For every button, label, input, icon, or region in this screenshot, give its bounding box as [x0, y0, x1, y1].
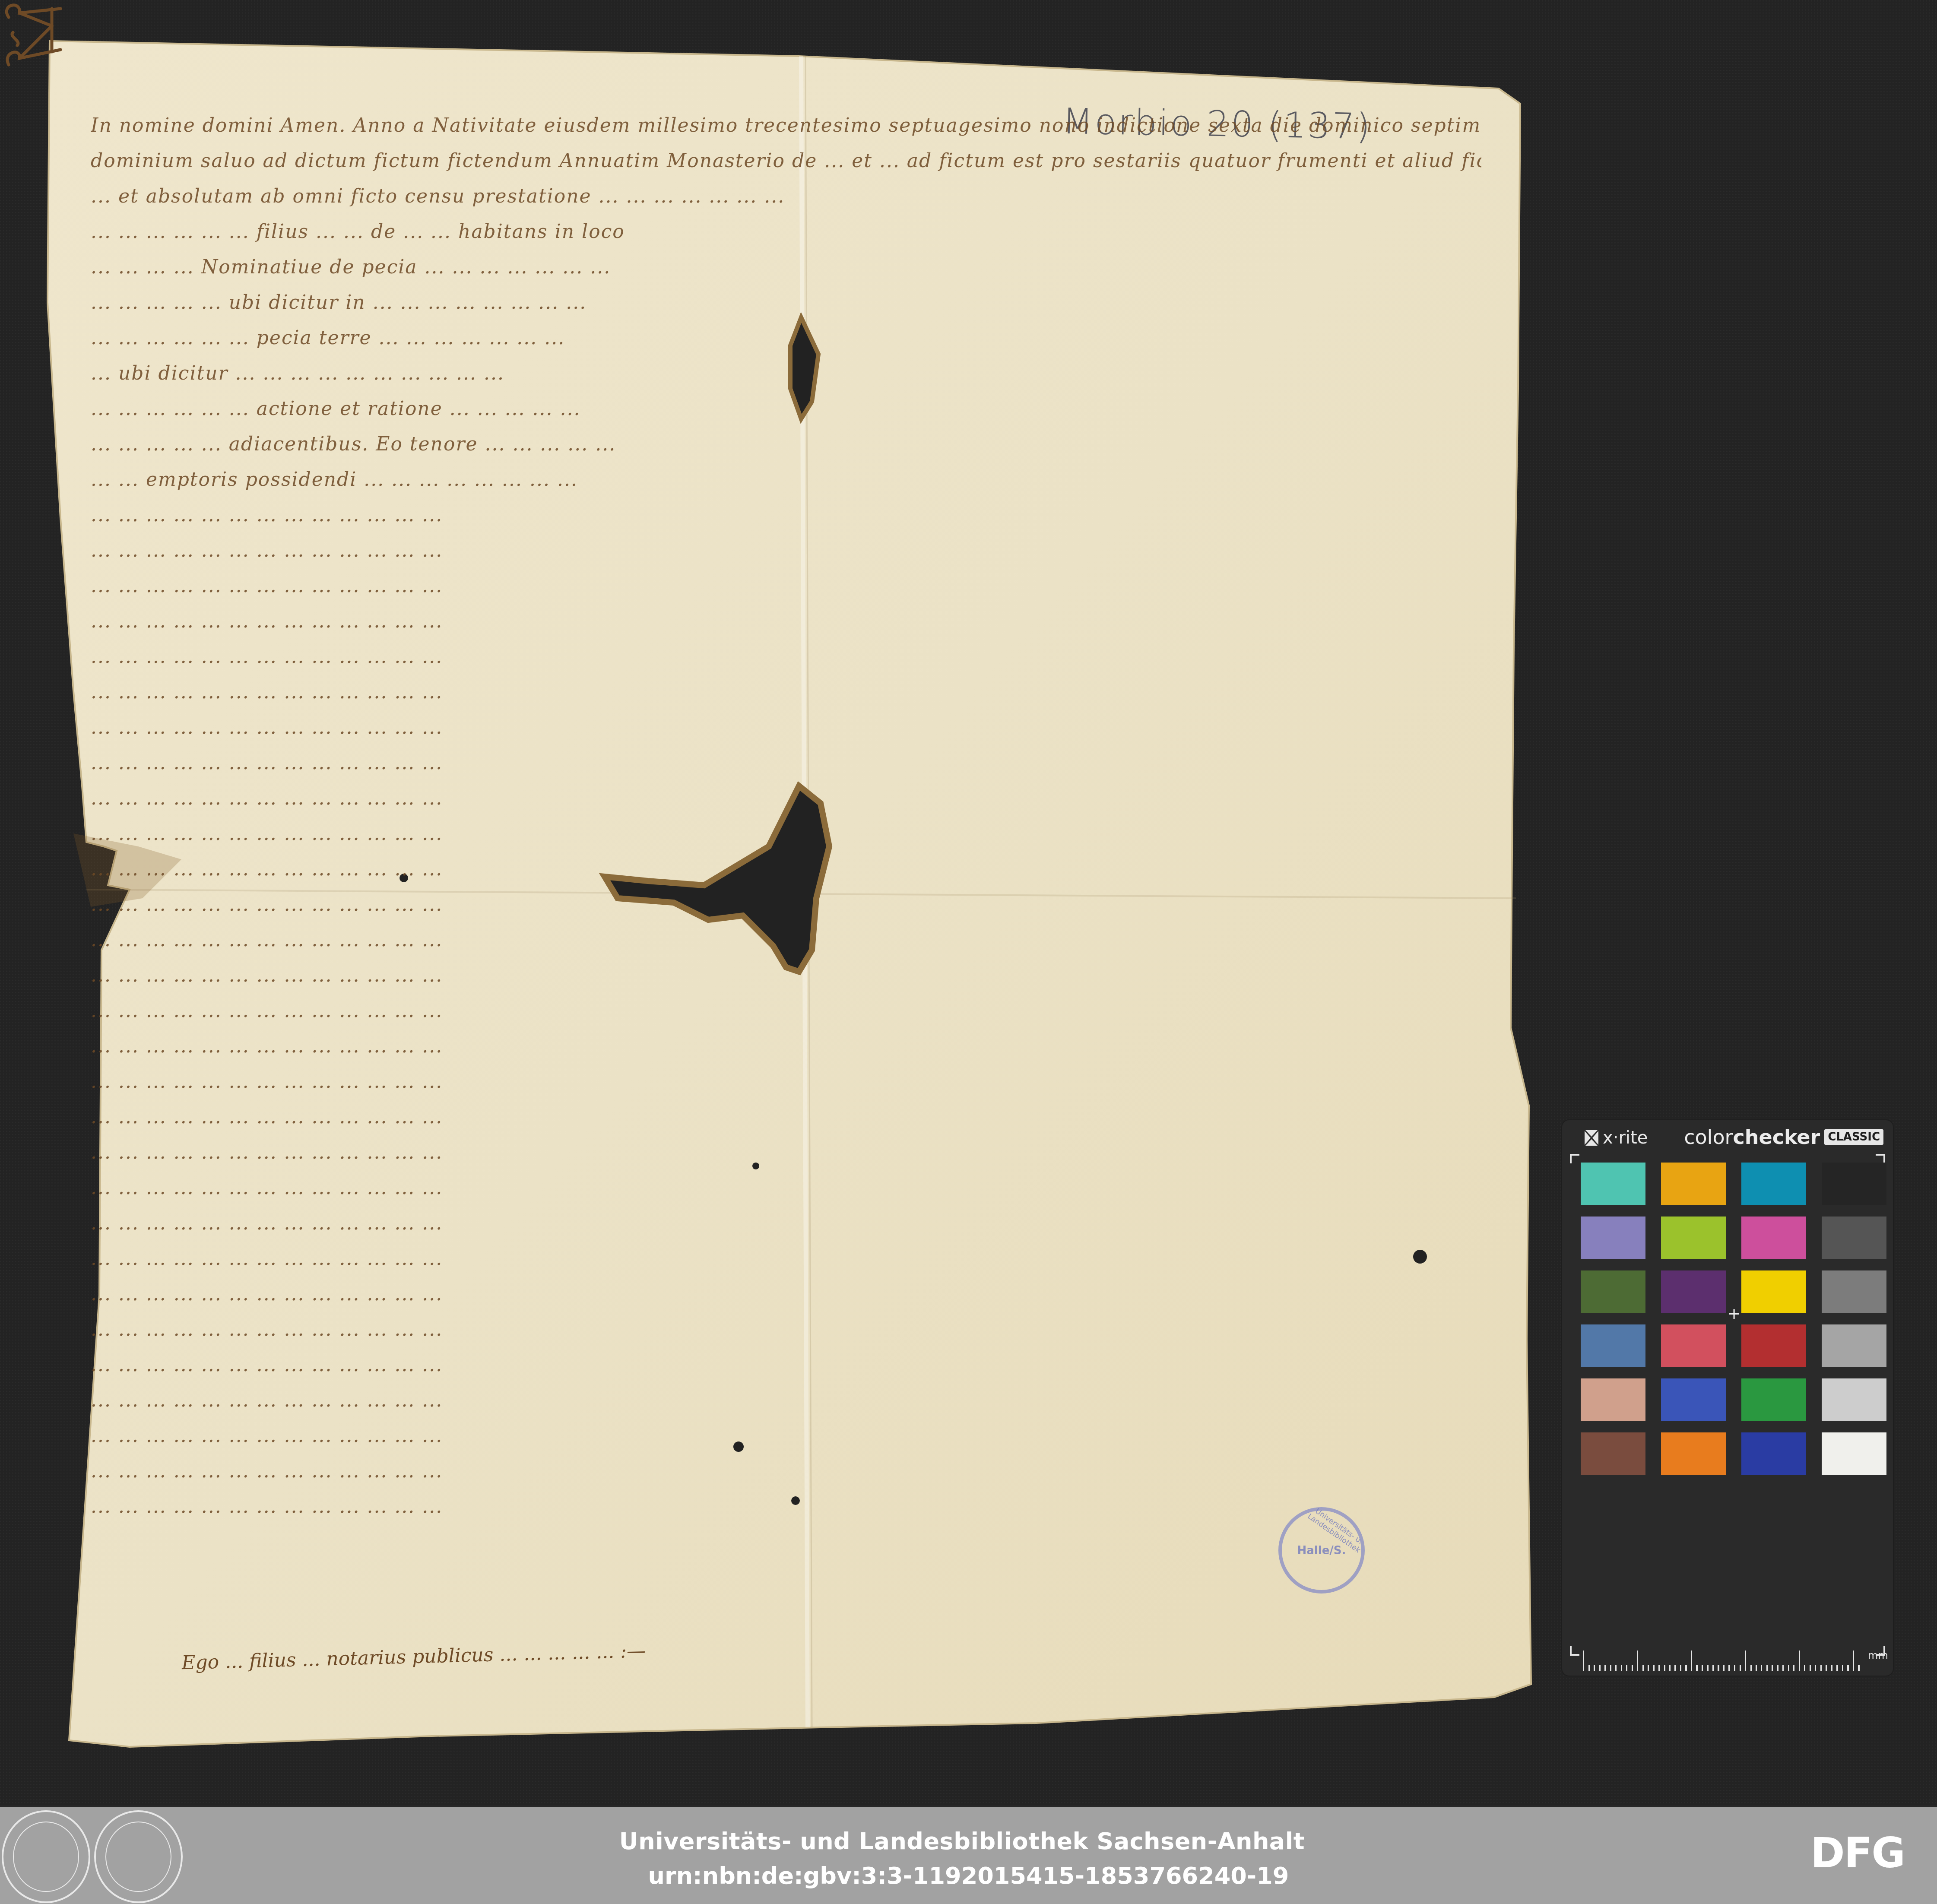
- notary-sign-icon: [0, 0, 73, 73]
- text-line: ... ... ... ... ... ... ... ... ... ... …: [91, 568, 1481, 604]
- color-swatch: [1741, 1378, 1806, 1421]
- text-line: ... ubi dicitur ... ... ... ... ... ... …: [91, 356, 1481, 391]
- library-footer: Universitäts- und Landesbibliothek Sachs…: [0, 1807, 1937, 1904]
- text-line: ... ... ... ... ... ... ... ... ... ... …: [91, 533, 1481, 568]
- color-swatch: [1741, 1163, 1806, 1205]
- xrite-brand: x·rite: [1583, 1128, 1648, 1148]
- text-line: ... ... ... ... ... ... ... ... ... ... …: [91, 1170, 1481, 1206]
- text-line: ... ... ... ... ... ... ... ... ... ... …: [91, 497, 1481, 533]
- color-swatch: [1661, 1432, 1726, 1475]
- color-swatch: [1822, 1378, 1886, 1421]
- text-line: ... ... emptoris possidendi ... ... ... …: [91, 462, 1481, 497]
- institution-name: Universitäts- und Landesbibliothek Sachs…: [0, 1828, 1937, 1855]
- color-swatch: [1581, 1378, 1645, 1421]
- color-swatch: [1822, 1270, 1886, 1313]
- text-line: ... ... ... ... Nominatiue de pecia ... …: [91, 250, 1481, 285]
- text-line: ... ... ... ... ... ... ... ... ... ... …: [91, 1206, 1481, 1241]
- classic-badge: CLASSIC: [1824, 1129, 1883, 1145]
- xrite-logo-icon: [1583, 1129, 1600, 1147]
- text-line: ... ... ... ... ... ... ... ... ... ... …: [91, 1277, 1481, 1312]
- title-bold: checker: [1733, 1125, 1820, 1149]
- color-swatch: [1741, 1217, 1806, 1259]
- color-swatch: [1661, 1270, 1726, 1313]
- color-swatch: [1581, 1217, 1645, 1259]
- text-line: dominium saluo ad dictum fictum fictendu…: [91, 143, 1481, 179]
- text-line: ... ... ... ... ... ... ... ... ... ... …: [91, 1347, 1481, 1383]
- dfg-logo: DFG: [1810, 1832, 1905, 1874]
- text-line: ... ... ... ... ... ... ... ... ... ... …: [91, 852, 1481, 887]
- text-line: ... et absolutam ab omni ficto censu pre…: [91, 179, 1481, 214]
- text-line: ... ... ... ... ... ... ... ... ... ... …: [91, 958, 1481, 993]
- text-line: ... ... ... ... ... ... ... ... ... ... …: [91, 1099, 1481, 1135]
- corner-mark-icon: [1570, 1646, 1579, 1656]
- text-line: ... ... ... ... ... adiacentibus. Eo ten…: [91, 427, 1481, 462]
- text-line: ... ... ... ... ... ... ... ... ... ... …: [91, 1064, 1481, 1099]
- text-line: ... ... ... ... ... ... ... ... ... ... …: [91, 1135, 1481, 1170]
- text-line: ... ... ... ... ... ... actione et ratio…: [91, 391, 1481, 427]
- text-line: ... ... ... ... ... ... ... ... ... ... …: [91, 781, 1481, 816]
- color-swatch: [1741, 1432, 1806, 1475]
- text-line: ... ... ... ... ... ... ... ... ... ... …: [91, 639, 1481, 675]
- text-line: In nomine domini Amen. Anno a Nativitate…: [91, 108, 1481, 143]
- text-line: ... ... ... ... ... ... ... ... ... ... …: [91, 675, 1481, 710]
- stamp-center-text: Halle/S.: [1282, 1544, 1361, 1557]
- text-line: ... ... ... ... ... ... ... ... ... ... …: [91, 1241, 1481, 1277]
- text-line: ... ... ... ... ... ... ... ... ... ... …: [91, 1383, 1481, 1418]
- color-swatch: [1822, 1324, 1886, 1367]
- text-line: ... ... ... ... ... ... ... ... ... ... …: [91, 993, 1481, 1029]
- color-swatch: [1581, 1270, 1645, 1313]
- text-line: ... ... ... ... ... ... pecia terre ... …: [91, 320, 1481, 356]
- color-swatch: [1661, 1163, 1726, 1205]
- text-line: ... ... ... ... ... ... ... ... ... ... …: [91, 1029, 1481, 1064]
- color-swatch: [1661, 1324, 1726, 1367]
- crosshair-icon: +: [1728, 1306, 1740, 1322]
- colorchecker-card: x·rite color checker CLASSIC + mm: [1561, 1119, 1894, 1676]
- text-line: ... ... ... ... ... ... ... ... ... ... …: [91, 887, 1481, 922]
- library-stamp: Universitäts- u. Landesbibliothek Halle/…: [1278, 1507, 1365, 1594]
- text-line: ... ... ... ... ... ... ... ... ... ... …: [91, 745, 1481, 781]
- title-light: color: [1684, 1125, 1733, 1149]
- color-swatch: [1741, 1270, 1806, 1313]
- urn-identifier: urn:nbn:de:gbv:3:3-1192015415-1853766240…: [0, 1862, 1937, 1889]
- color-swatch: [1822, 1163, 1886, 1205]
- color-swatch: [1822, 1432, 1886, 1475]
- text-line: ... ... ... ... ... ... ... ... ... ... …: [91, 816, 1481, 852]
- colorchecker-title: color checker CLASSIC: [1684, 1125, 1883, 1149]
- xrite-label: x·rite: [1603, 1128, 1648, 1148]
- text-line: ... ... ... ... ... ... ... ... ... ... …: [91, 1489, 1481, 1524]
- corner-mark-icon: [1570, 1154, 1579, 1163]
- color-swatch: [1581, 1324, 1645, 1367]
- text-line: ... ... ... ... ... ... ... ... ... ... …: [91, 1312, 1481, 1347]
- text-line: ... ... ... ... ... ... ... ... ... ... …: [91, 710, 1481, 745]
- color-swatch: [1661, 1217, 1726, 1259]
- color-swatch: [1822, 1217, 1886, 1259]
- color-swatch: [1581, 1163, 1645, 1205]
- corner-mark-icon: [1876, 1154, 1885, 1163]
- color-swatch: [1661, 1378, 1726, 1421]
- text-line: ... ... ... ... ... ubi dicitur in ... .…: [91, 285, 1481, 320]
- charter-text: In nomine domini Amen. Anno a Nativitate…: [91, 108, 1481, 1524]
- text-line: ... ... ... ... ... ... ... ... ... ... …: [91, 604, 1481, 639]
- text-line: ... ... ... ... ... ... filius ... ... d…: [91, 214, 1481, 250]
- color-swatch: [1741, 1324, 1806, 1367]
- text-line: ... ... ... ... ... ... ... ... ... ... …: [91, 1418, 1481, 1454]
- text-line: ... ... ... ... ... ... ... ... ... ... …: [91, 922, 1481, 958]
- color-swatch: [1581, 1432, 1645, 1475]
- ruler-minor-ticks: [1583, 1659, 1864, 1673]
- ruler-unit: mm: [1868, 1650, 1888, 1662]
- text-line: ... ... ... ... ... ... ... ... ... ... …: [91, 1454, 1481, 1489]
